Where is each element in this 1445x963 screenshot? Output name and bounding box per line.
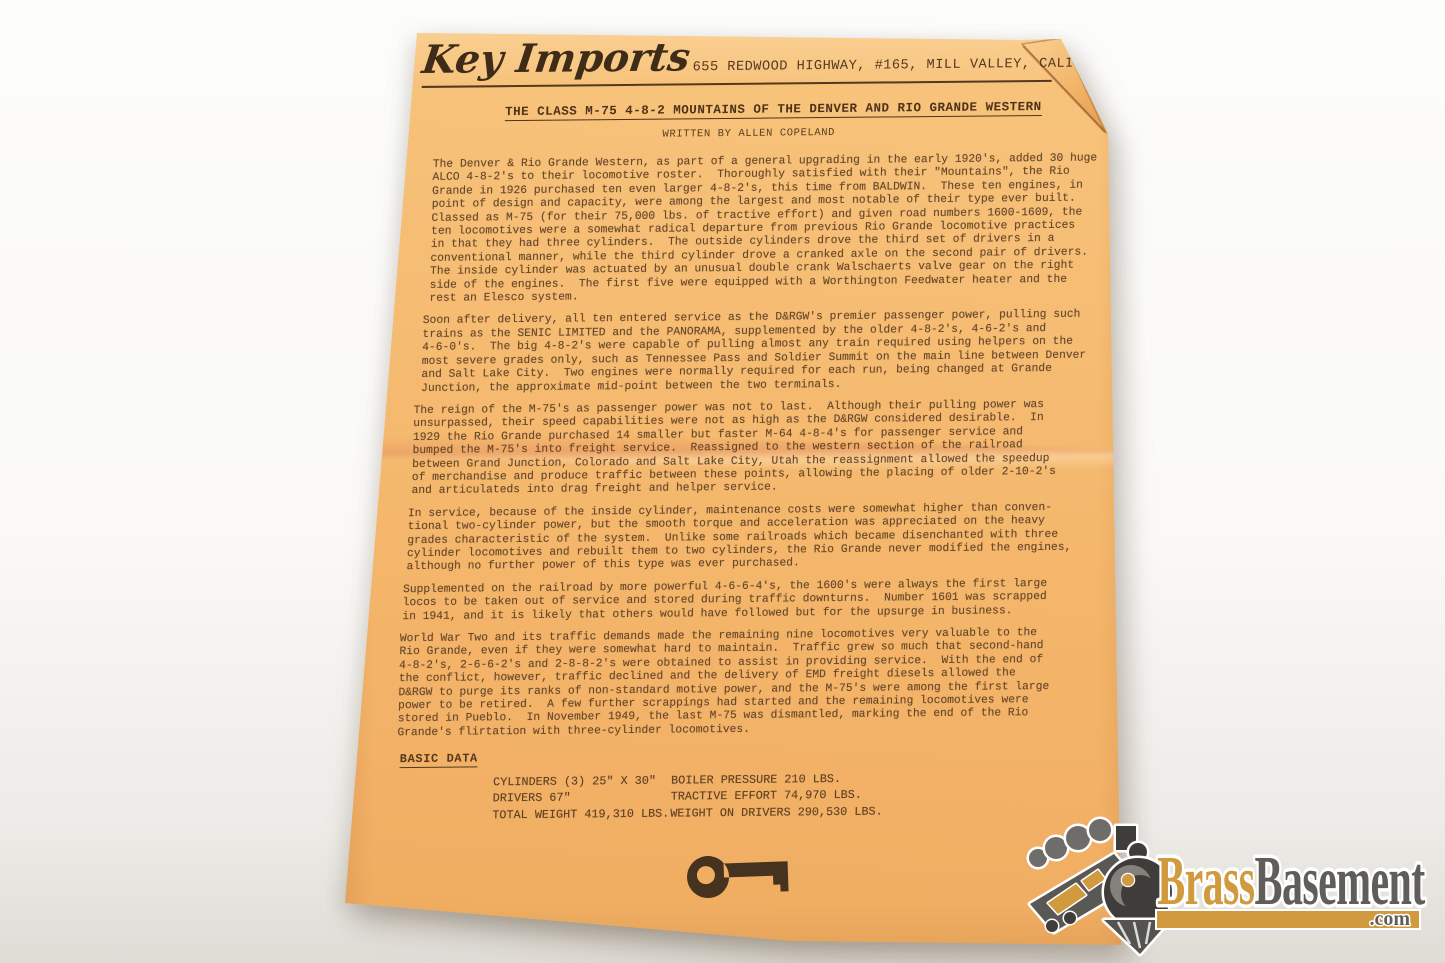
paragraph-2: Soon after delivery, all ten entered ser… [406,309,1084,396]
paragraph-4: In service, because of the inside cylind… [401,501,1079,575]
spec-tractive-effort: TRACTIVE EFFORT 74,970 LBS. [670,787,883,805]
key-icon [682,850,794,902]
paragraph-1: The Denver & Rio Grande Western, as part… [408,153,1088,307]
basic-data-table: CYLINDERS (3) 25" X 30" DRIVERS 67" TOTA… [395,769,1072,824]
typed-content: Key Imports 655 REDWOOD HIGHWAY, #165, M… [395,32,1091,825]
paragraph-3: The reign of the M-75's as passenger pow… [403,399,1081,499]
locomotive-icon [1029,819,1172,954]
body-text: The Denver & Rio Grande Western, as part… [397,153,1088,741]
page-title: THE CLASS M-75 4-8-2 MOUNTAINS OF THE DE… [505,100,1042,121]
brand-text: BrassBasement .com [1157,843,1425,930]
basic-data-right-column: BOILER PRESSURE 210 LBS. TRACTIVE EFFORT… [670,771,884,822]
spec-drivers: DRIVERS 67" [493,789,671,807]
paragraph-6: World War Two and its traffic demands ma… [397,627,1076,741]
photo-backdrop: Key Imports 655 REDWOOD HIGHWAY, #165, M… [0,0,1445,963]
basic-data-heading: BASIC DATA [400,752,478,769]
domain-label: .com [1369,908,1410,930]
spec-cylinders: CYLINDERS (3) 25" X 30" [493,773,671,791]
letterhead: Key Imports 655 REDWOOD HIGHWAY, #165, M… [422,32,1053,88]
basic-data-left-column: CYLINDERS (3) 25" X 30" DRIVERS 67" TOTA… [492,773,671,823]
address-line: 655 REDWOOD HIGHWAY, #165, MILL VALLEY, … [692,56,1152,75]
spec-boiler-pressure: BOILER PRESSURE 210 LBS. [671,771,884,789]
brand-script: Key Imports [420,35,693,82]
watermark-logo: BrassBasement .com [1018,806,1445,963]
byline: WRITTEN BY ALLEN COPELAND [662,127,835,141]
paragraph-5: Supplemented on the railroad by more pow… [400,577,1077,624]
spec-weight-on-drivers: WEIGHT ON DRIVERS 290,530 LBS. [670,803,883,821]
spec-total-weight: TOTAL WEIGHT 419,310 LBS. [492,805,670,823]
